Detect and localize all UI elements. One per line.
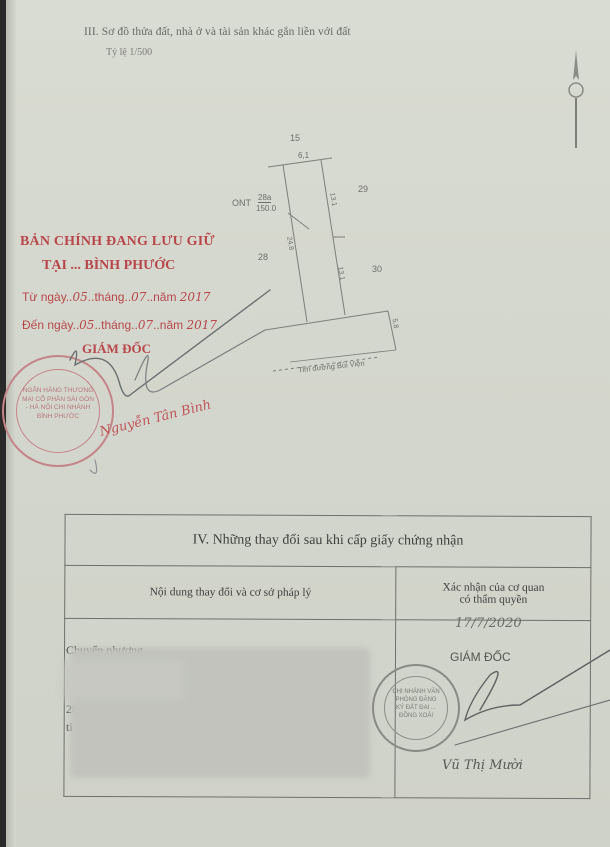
bank-seal-text: NGÂN HÀNG THƯƠNG MẠI CỔ PHẦN SÀI GÒN - H…: [22, 387, 94, 421]
to-month-label: tháng: [101, 318, 131, 332]
original-kept-stamp-title: BẢN CHÍNH ĐANG LƯU GIỮ: [20, 234, 215, 250]
neighbor-15-label: 15: [290, 133, 300, 143]
confirmation-director-title: GIÁM ĐỐC: [450, 650, 511, 664]
road-edge-length: 5,8: [391, 318, 400, 329]
to-month: 07: [138, 318, 153, 332]
land-plot-diagram: [220, 125, 420, 385]
column-header-confirmation: Xác nhận của cơ quan có thẩm quyền: [396, 567, 591, 621]
to-year: 2017: [186, 318, 217, 332]
to-prefix: Đến ngày: [22, 318, 72, 332]
to-year-label: năm: [160, 318, 183, 332]
top-edge-length: 6,1: [298, 151, 309, 160]
land-office-seal: CHI NHÁNH VĂN PHÒNG ĐĂNG KÝ ĐẤT ĐAI ... …: [372, 664, 460, 752]
column-header-content: Nội dung thay đổi và cơ sở pháp lý: [65, 565, 397, 619]
bank-director-title: GIÁM ĐỐC: [82, 341, 151, 357]
neighbor-28-label: 28: [258, 252, 268, 262]
confirm-header-line1: Xác nhận của cơ quan: [398, 581, 590, 594]
land-office-seal-text: CHI NHÁNH VĂN PHÒNG ĐĂNG KÝ ĐẤT ĐAI ... …: [392, 688, 440, 720]
compass-north-icon: [566, 50, 586, 150]
confirmation-signer-name: Vũ Thị Mười: [442, 758, 523, 773]
section-4-title: IV. Những thay đổi sau khi cấp giấy chứn…: [65, 514, 591, 567]
neighbor-29-label: 29: [358, 184, 368, 194]
to-day: 05: [79, 318, 94, 332]
bank-seal: NGÂN HÀNG THƯƠNG MẠI CỔ PHẦN SÀI GÒN - H…: [2, 355, 114, 467]
parcel-land-type: ONT: [232, 198, 251, 208]
confirm-header-line2: có thẩm quyền: [398, 593, 590, 606]
bank-signer-name: Nguyễn Tân Bình: [98, 398, 213, 440]
from-day: 05: [73, 290, 88, 304]
from-month: 07: [131, 290, 146, 304]
from-year-label: năm: [153, 290, 176, 304]
stamp-from-date: Từ ngày..05..tháng..07..năm 2017: [22, 290, 210, 304]
original-kept-stamp-location: TẠI ... BÌNH PHƯỚC: [42, 258, 175, 274]
parcel-area: 150.0: [256, 204, 276, 213]
stamp-to-date: Đến ngày..05..tháng..07..năm 2017: [22, 318, 217, 332]
scale-label: Tỷ lệ 1/500: [106, 47, 152, 58]
redacted-area-left: [64, 660, 184, 700]
section-3-title: III. Sơ đồ thửa đất, nhà ở và tài sản kh…: [84, 26, 351, 38]
parcel-number: 28a: [258, 193, 271, 203]
neighbor-30-label: 30: [372, 264, 382, 274]
from-month-label: tháng: [94, 290, 124, 304]
confirmation-date: 17/7/2020: [455, 616, 522, 631]
from-prefix: Từ ngày: [22, 290, 66, 304]
from-year: 2017: [180, 290, 211, 304]
